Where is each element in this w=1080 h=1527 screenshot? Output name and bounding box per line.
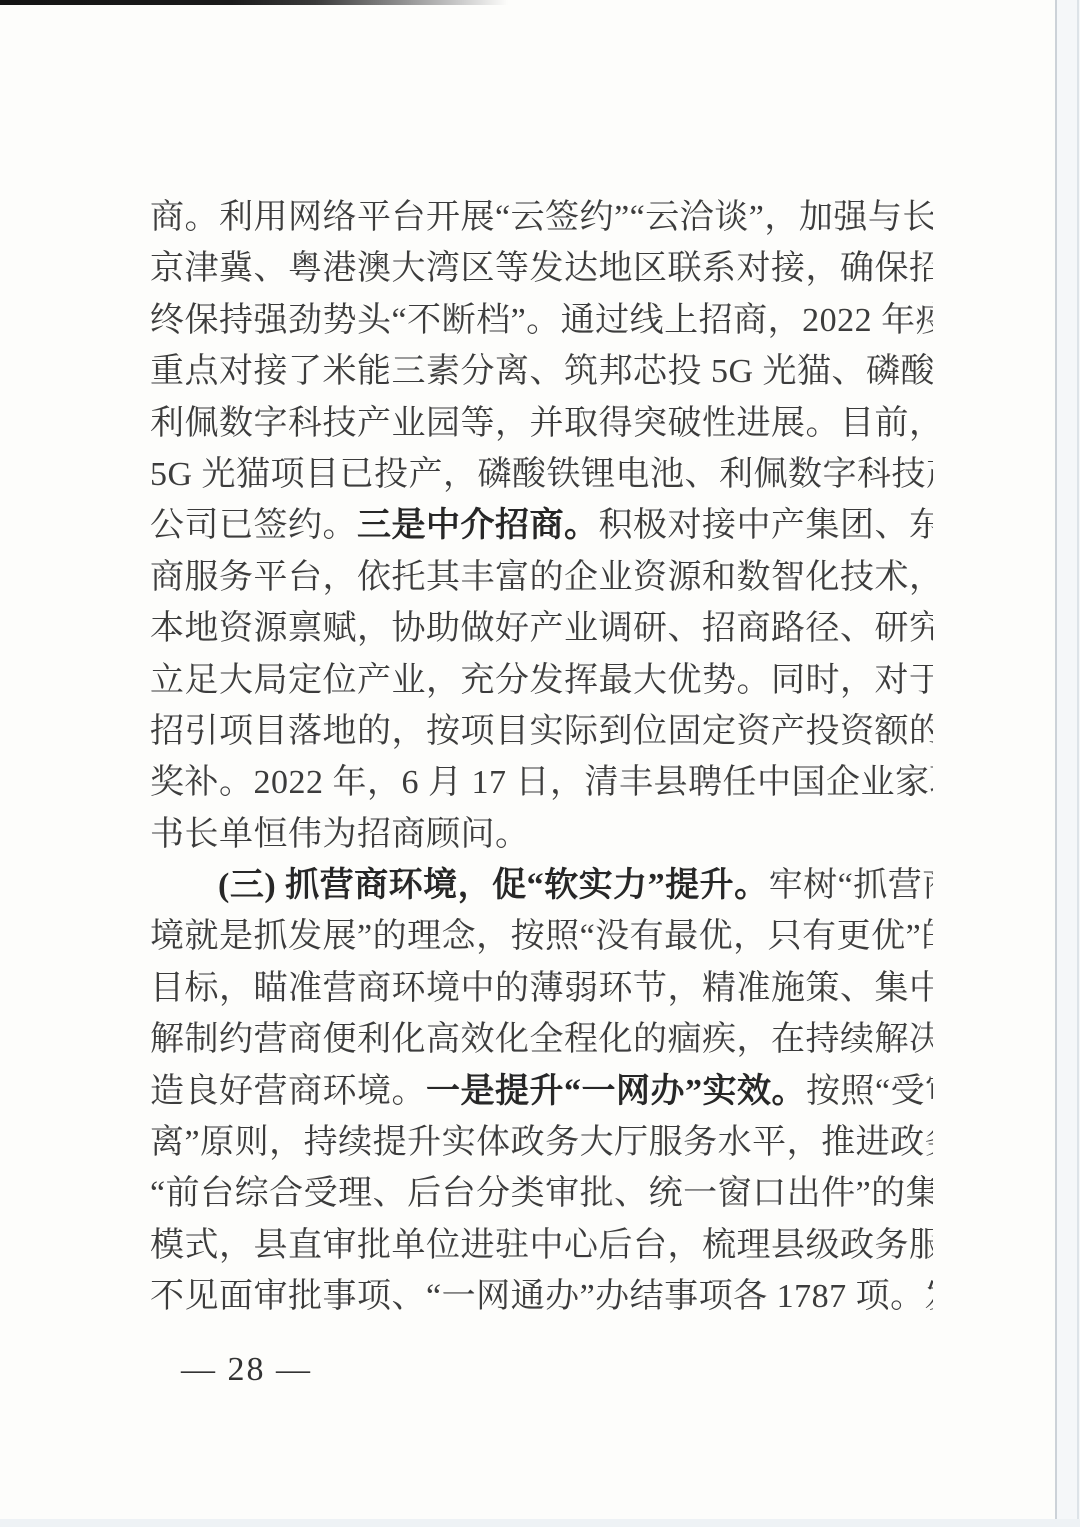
- text-line: 商。利用网络平台开展“云签约”“云洽谈”，加强与长三角、: [150, 192, 933, 243]
- text-line: 造良好营商环境。一是提升“一网办”实效。按照“受审分: [150, 1066, 933, 1117]
- text-line: 招引项目落地的，按项目实际到位固定资产投资额的 3‰给予: [150, 706, 933, 757]
- text-line-section-heading: (三) 抓营商环境，促“软实力”提升。牢树“抓营商环: [150, 860, 933, 911]
- text-line: 不见面审批事项、“一网通办”办结事项各 1787 项。发布受: [150, 1271, 933, 1322]
- text-segment: 按照“受审分: [806, 1073, 933, 1110]
- page-number: — 28 —: [181, 1346, 312, 1394]
- page-right-edge-line: [1055, 0, 1057, 1527]
- text-line: 离”原则，持续提升实体政务大厅服务水平，推进政务服务: [150, 1117, 933, 1168]
- text-line: 模式，县直审批单位进驻中心后台，梳理县级政务服务事项、: [150, 1220, 933, 1271]
- text-line: 京津冀、粤港澳大湾区等发达地区联系对接，确保招商引资始: [150, 243, 933, 294]
- text-line: 解制约营商便利化高效化全程化的痼疾，在持续解决问题中营: [150, 1014, 933, 1065]
- text-line: 本地资源禀赋，协助做好产业调研、招商路径、研究咨询等，: [150, 603, 933, 654]
- text-segment: 造良好营商环境。: [150, 1073, 426, 1110]
- text-line: “前台综合受理、后台分类审批、统一窗口出件”的集成服务: [150, 1168, 933, 1219]
- text-line: 境就是抓发展”的理念，按照“没有最优，只有更优”的方向: [150, 911, 933, 962]
- text-line: 公司已签约。三是中介招商。积极对接中产集团、东方龙等招: [150, 500, 933, 551]
- scan-bottom-edge-artifact: [0, 1519, 1080, 1527]
- text-line: 商服务平台，依托其丰富的企业资源和数智化技术，结合清丰: [150, 552, 933, 603]
- text-line: 利佩数字科技产业园等，并取得突破性进展。目前，筑邦芯投: [150, 398, 933, 449]
- text-line: 立足大局定位产业，充分发挥最大优势。同时，对于中介机构: [150, 655, 933, 706]
- scan-top-edge-artifact: [0, 0, 508, 5]
- text-segment: 牢树“抓营商环: [769, 867, 933, 904]
- page-right-outer-edge-line: [1077, 0, 1079, 1527]
- text-line: 重点对接了米能三素分离、筑邦芯投 5G 光猫、磷酸铁锂电池、: [150, 346, 933, 397]
- text-segment: 积极对接中产集团、东方龙等招: [599, 507, 934, 544]
- text-line: 目标，瞄准营商环境中的薄弱环节，精准施策、集中发力，破: [150, 963, 933, 1014]
- text-line: 终保持强劲势头“不断档”。通过线上招商，2022 年疫情期间: [150, 295, 933, 346]
- section-heading-three: (三) 抓营商环境，促“软实力”提升。: [218, 867, 769, 904]
- text-line: 奖补。2022 年，6 月 17 日，清丰县聘任中国企业家联谊会秘: [150, 757, 933, 808]
- text-segment: 公司已签约。: [150, 507, 357, 544]
- inline-heading-first-point: 一是提升“一网办”实效。: [426, 1073, 806, 1110]
- document-body: 商。利用网络平台开展“云签约”“云洽谈”，加强与长三角、 京津冀、粤港澳大湾区等…: [150, 192, 933, 1323]
- inline-heading-third-point: 三是中介招商。: [357, 507, 599, 544]
- text-line: 5G 光猫项目已投产，磷酸铁锂电池、利佩数字科技产业园等: [150, 449, 933, 500]
- document-page: 商。利用网络平台开展“云签约”“云洽谈”，加强与长三角、 京津冀、粤港澳大湾区等…: [0, 0, 1080, 1527]
- text-line-paragraph-end: 书长单恒伟为招商顾问。: [150, 809, 933, 860]
